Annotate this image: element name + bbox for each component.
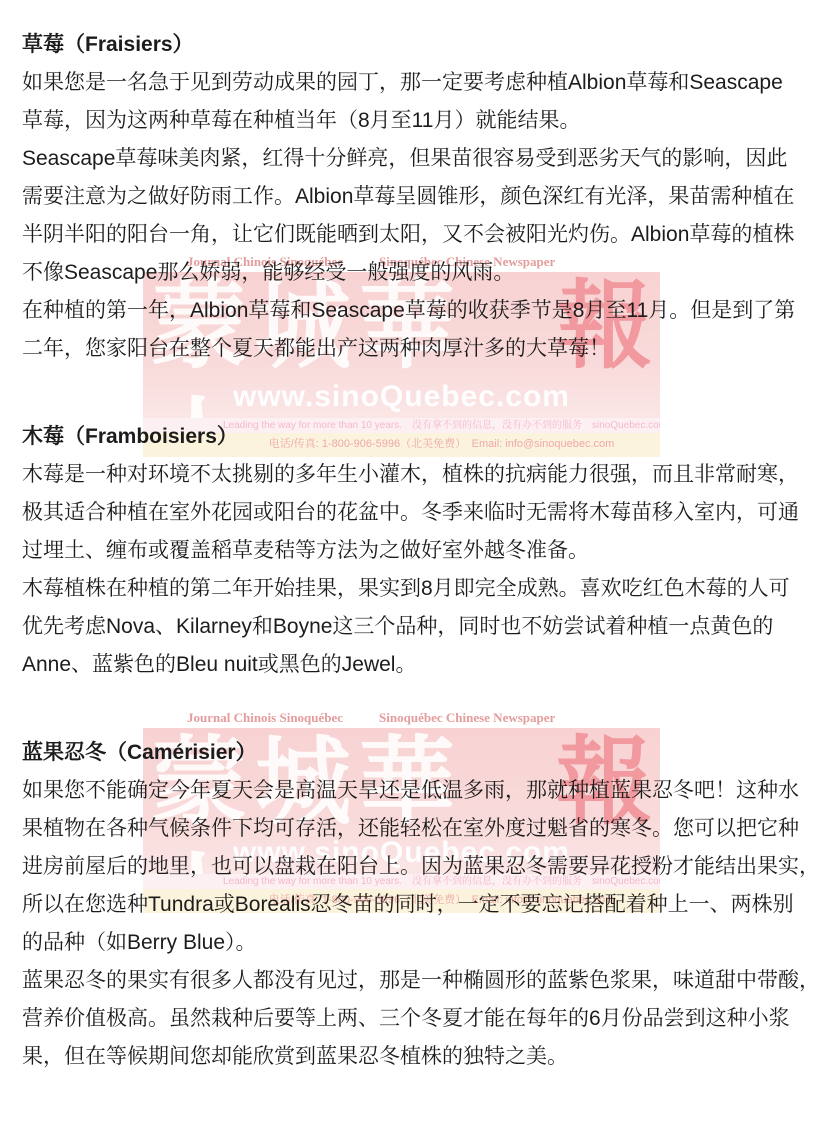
text-line: 优先考虑Nova、Kilarney和Boyne这三个品种，同时也不妨尝试着种植一… <box>22 608 812 646</box>
paragraph: 蓝果忍冬的果实有很多人都没有见过，那是一种椭圆形的蓝紫色浆果，味道甜中带酸，营养… <box>22 962 812 1076</box>
text-line: 如果您是一名急于见到劳动成果的园丁，那一定要考虑种植Albion草莓和Seasc… <box>22 64 812 102</box>
section-heading: 蓝果忍冬（Camérisier） <box>22 734 812 772</box>
section-heading: 木莓（Framboisiers） <box>22 418 812 456</box>
text-line: 果，但在等候期间您却能欣赏到蓝果忍冬植株的独特之美。 <box>22 1038 812 1076</box>
text-line: 半阴半阳的阳台一角，让它们既能晒到太阳，又不会被阳光灼伤。Albion草莓的植株 <box>22 216 812 254</box>
text-line: 过埋土、缠布或覆盖稻草麦秸等方法为之做好室外越冬准备。 <box>22 532 812 570</box>
text-line: 果植物在各种气候条件下均可存活，还能轻松在室外度过魁省的寒冬。您可以把它种 <box>22 810 812 848</box>
text-line: 营养价值极高。虽然栽种后要等上两、三个冬夏才能在每年的6月份品尝到这种小浆 <box>22 1000 812 1038</box>
text-line: 不像Seascape那么娇弱，能够经受一般强度的风雨。 <box>22 254 812 292</box>
article-page: Journal Chinois Sinoquébec Sinoquébec Ch… <box>0 0 822 1121</box>
paragraph: Seascape草莓味美肉紧，红得十分鲜亮，但果苗很容易受到恶劣天气的影响，因此… <box>22 140 812 292</box>
text-line: Anne、蓝紫色的Bleu nuit或黑色的Jewel。 <box>22 646 812 684</box>
text-line: 二年，您家阳台在整个夏天都能出产这两种肉厚汁多的大草莓！ <box>22 330 812 368</box>
article-section: 蓝果忍冬（Camérisier）如果您不能确定今年夏天会是高温天旱还是低温多雨，… <box>22 734 812 1076</box>
paragraph: 木莓是一种对环境不太挑剔的多年生小灌木，植株的抗病能力很强，而且非常耐寒，极其适… <box>22 456 812 570</box>
text-line: 所以在您选种Tundra或Borealis忍冬苗的同时，一定不要忘记搭配着种上一… <box>22 886 812 924</box>
text-line: 草莓，因为这两种草莓在种植当年（8月至11月）就能结果。 <box>22 102 812 140</box>
text-line: 极其适合种植在室外花园或阳台的花盆中。冬季来临时无需将木莓苗移入室内，可通 <box>22 494 812 532</box>
text-line: 如果您不能确定今年夏天会是高温天旱还是低温多雨，那就种植蓝果忍冬吧！这种水 <box>22 772 812 810</box>
text-line: 进房前屋后的地里，也可以盘栽在阳台上。因为蓝果忍冬需要异花授粉才能结出果实， <box>22 848 812 886</box>
article-content: 草莓（Fraisiers）如果您是一名急于见到劳动成果的园丁，那一定要考虑种植A… <box>22 26 812 1076</box>
paragraph: 木莓植株在种植的第二年开始挂果，果实到8月即完全成熟。喜欢吃红色木莓的人可优先考… <box>22 570 812 684</box>
text-line: 需要注意为之做好防雨工作。Albion草莓呈圆锥形，颜色深红有光泽，果苗需种植在 <box>22 178 812 216</box>
text-line: 木莓是一种对环境不太挑剔的多年生小灌木，植株的抗病能力很强，而且非常耐寒， <box>22 456 812 494</box>
paragraph: 如果您不能确定今年夏天会是高温天旱还是低温多雨，那就种植蓝果忍冬吧！这种水果植物… <box>22 772 812 962</box>
text-line: 在种植的第一年，Albion草莓和Seascape草莓的收获季节是8月至11月。… <box>22 292 812 330</box>
text-line: Seascape草莓味美肉紧，红得十分鲜亮，但果苗很容易受到恶劣天气的影响，因此 <box>22 140 812 178</box>
text-line: 蓝果忍冬的果实有很多人都没有见过，那是一种椭圆形的蓝紫色浆果，味道甜中带酸， <box>22 962 812 1000</box>
text-line: 木莓植株在种植的第二年开始挂果，果实到8月即完全成熟。喜欢吃红色木莓的人可 <box>22 570 812 608</box>
article-section: 草莓（Fraisiers）如果您是一名急于见到劳动成果的园丁，那一定要考虑种植A… <box>22 26 812 368</box>
text-line: 的品种（如Berry Blue）。 <box>22 924 812 962</box>
section-heading: 草莓（Fraisiers） <box>22 26 812 64</box>
paragraph: 如果您是一名急于见到劳动成果的园丁，那一定要考虑种植Albion草莓和Seasc… <box>22 64 812 140</box>
paragraph: 在种植的第一年，Albion草莓和Seascape草莓的收获季节是8月至11月。… <box>22 292 812 368</box>
article-section: 木莓（Framboisiers）木莓是一种对环境不太挑剔的多年生小灌木，植株的抗… <box>22 418 812 684</box>
